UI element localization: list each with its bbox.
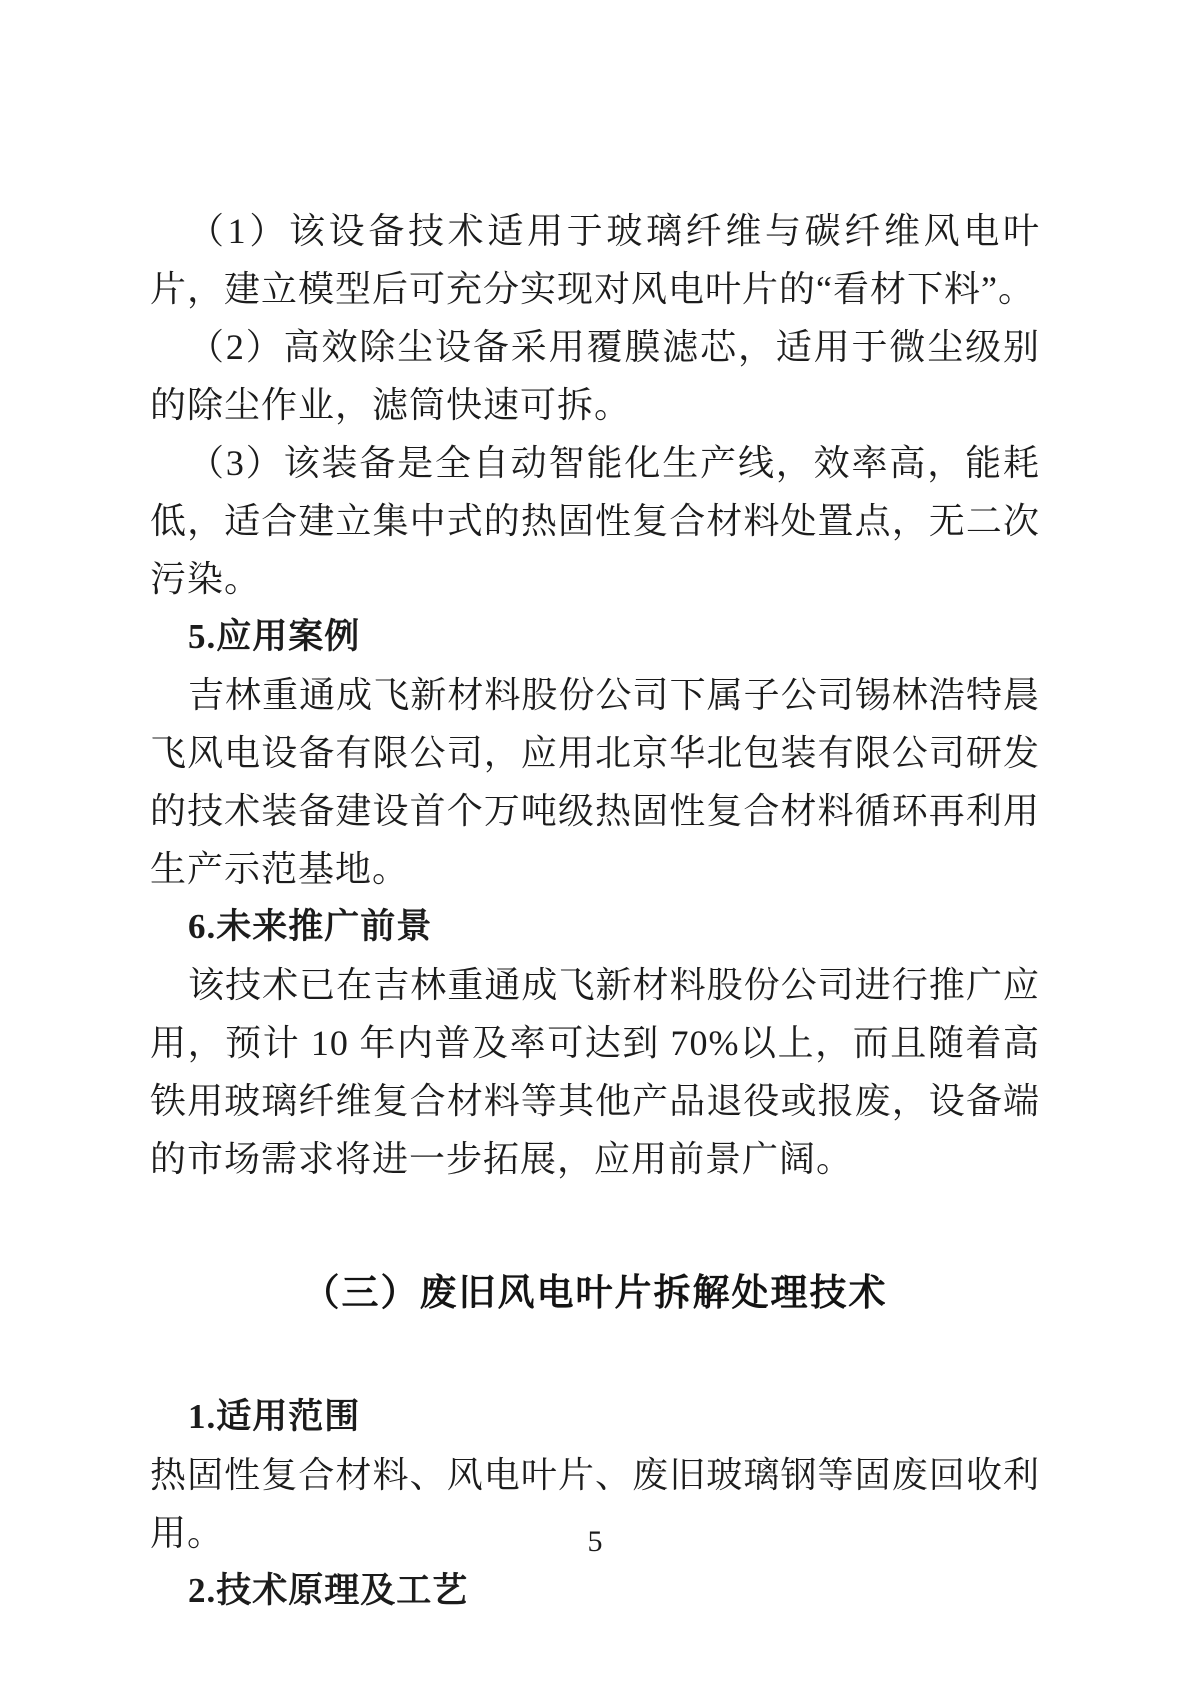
paragraph-future-prospect: 该技术已在吉林重通成飞新材料股份公司进行推广应用，预计 10 年内普及率可达到 …	[150, 956, 1040, 1188]
heading-principle: 2.技术原理及工艺	[150, 1562, 1040, 1620]
page-number: 5	[0, 1522, 1190, 1562]
paragraph-feature-3: （3）该装备是全自动智能化生产线，效率高，能耗低，适合建立集中式的热固性复合材料…	[150, 434, 1040, 608]
heading-application-case: 5.应用案例	[150, 608, 1040, 666]
paragraph-feature-2: （2）高效除尘设备采用覆膜滤芯，适用于微尘级别的除尘作业，滤筒快速可拆。	[150, 318, 1040, 434]
heading-scope: 1.适用范围	[150, 1388, 1040, 1446]
paragraph-feature-1: （1）该设备技术适用于玻璃纤维与碳纤维风电叶片，建立模型后可充分实现对风电叶片的…	[150, 202, 1040, 318]
heading-future-prospect: 6.未来推广前景	[150, 898, 1040, 956]
document-page: （1）该设备技术适用于玻璃纤维与碳纤维风电叶片，建立模型后可充分实现对风电叶片的…	[0, 0, 1190, 1683]
document-body: （1）该设备技术适用于玻璃纤维与碳纤维风电叶片，建立模型后可充分实现对风电叶片的…	[150, 202, 1040, 1620]
section-three-title: （三）废旧风电叶片拆解处理技术	[150, 1264, 1040, 1322]
paragraph-application-case: 吉林重通成飞新材料股份公司下属子公司锡林浩特晨飞风电设备有限公司，应用北京华北包…	[150, 666, 1040, 898]
